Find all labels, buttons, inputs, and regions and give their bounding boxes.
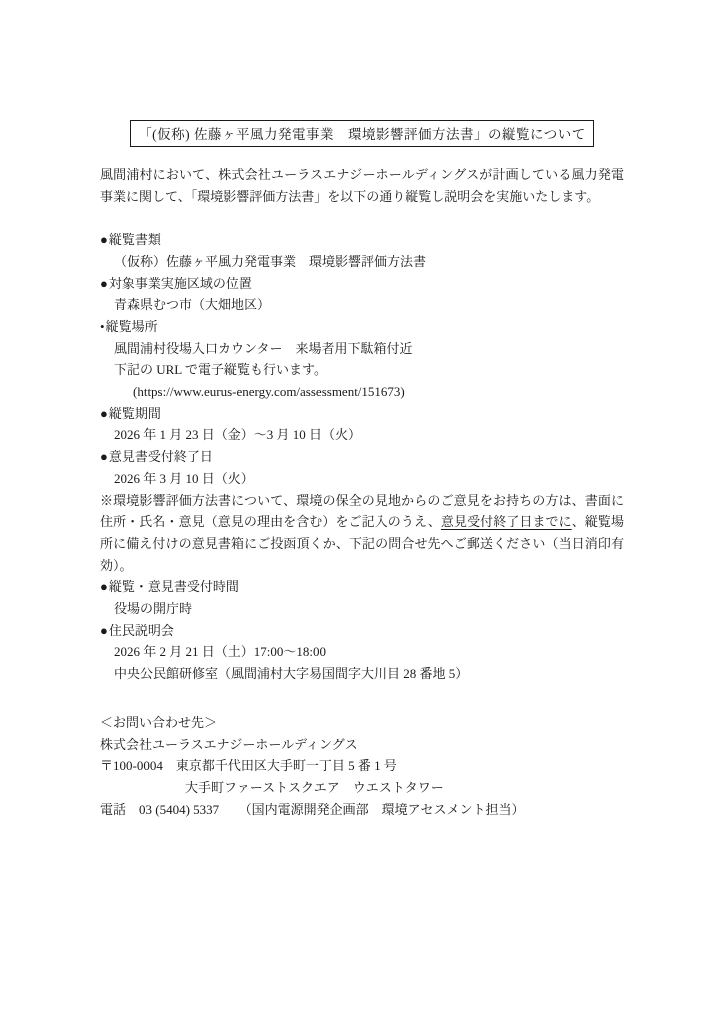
viewing-url: (https://www.eurus-energy.com/assessment… [100,381,624,403]
section-label: 縦覧場所 [106,319,158,334]
section-heading-viewing-place: •縦覧場所 [100,316,624,338]
section-heading-documents: ●縦覧書類 [100,229,624,251]
section-line: 風間浦村役場入口カウンター 来場者用下駄箱付近 [100,338,624,360]
section-line: 2026 年 2 月 21 日（土）17:00～18:00 [100,641,624,663]
section-line: 中央公民館研修室（風間浦村大字易国間字大川目 28 番地 5） [100,663,624,685]
section-line: （仮称）佐藤ヶ平風力発電事業 環境影響評価方法書 [100,251,624,273]
title-container: 「(仮称) 佐藤ヶ平風力発電事業 環境影響評価方法書」の縦覧について [100,120,624,147]
bullet-icon: ● [100,579,109,594]
bullet-icon: ● [100,449,109,464]
section-heading-location: ●対象事業実施区域の位置 [100,273,624,295]
intro-paragraph: 風間浦村において、株式会社ユーラスエナジーホールディングスが計画している風力発電… [100,164,624,207]
section-label: 意見書受付終了日 [109,449,213,464]
section-heading-viewing-period: ●縦覧期間 [100,403,624,425]
section-label: 縦覧期間 [109,406,161,421]
bullet-icon: ● [100,623,109,638]
contact-phone: 電話 03 (5404) 5337 （国内電源開発企画部 環境アセスメント担当） [100,799,624,821]
section-label: 住民説明会 [109,623,174,638]
note-paragraph: ※環境影響評価方法書について、環境の保全の見地からのご意見をお持ちの方は、書面に… [100,490,624,577]
bullet-icon: ● [100,232,109,247]
section-label: 対象事業実施区域の位置 [109,276,252,291]
contact-company: 株式会社ユーラスエナジーホールディングス [100,734,624,756]
section-heading-briefing: ●住民説明会 [100,620,624,642]
note-underlined-deadline: 意見受付終了日までに [441,514,572,529]
bullet-icon: ● [100,276,109,291]
document-title: 「(仮称) 佐藤ヶ平風力発電事業 環境影響評価方法書」の縦覧について [130,120,594,147]
contact-address-line1: 〒100-0004 東京都千代田区大手町一丁目 5 番 1 号 [100,755,624,777]
document-content: 「(仮称) 佐藤ヶ平風力発電事業 環境影響評価方法書」の縦覧について 風間浦村に… [100,120,624,820]
section-label: 縦覧・意見書受付時間 [109,579,239,594]
section-line: 2026 年 3 月 10 日（火） [100,468,624,490]
document-page: 「(仮称) 佐藤ヶ平風力発電事業 環境影響評価方法書」の縦覧について 風間浦村に… [0,0,724,1024]
section-heading-reception-hours: ●縦覧・意見書受付時間 [100,576,624,598]
section-heading-opinion-deadline: ●意見書受付終了日 [100,446,624,468]
section-label: 縦覧書類 [109,232,161,247]
section-line: 役場の開庁時 [100,598,624,620]
section-line: 青森県むつ市（大畑地区） [100,294,624,316]
contact-block: ＜お問い合わせ先＞ 株式会社ユーラスエナジーホールディングス 〒100-0004… [100,712,624,821]
contact-address-line2: 大手町ファーストスクエア ウエストタワー [100,777,624,799]
bullet-icon: ● [100,406,109,421]
section-line: 下記の URL で電子縦覧も行います。 [100,359,624,381]
contact-heading: ＜お問い合わせ先＞ [100,712,624,734]
section-line: 2026 年 1 月 23 日（金）～3 月 10 日（火） [100,424,624,446]
